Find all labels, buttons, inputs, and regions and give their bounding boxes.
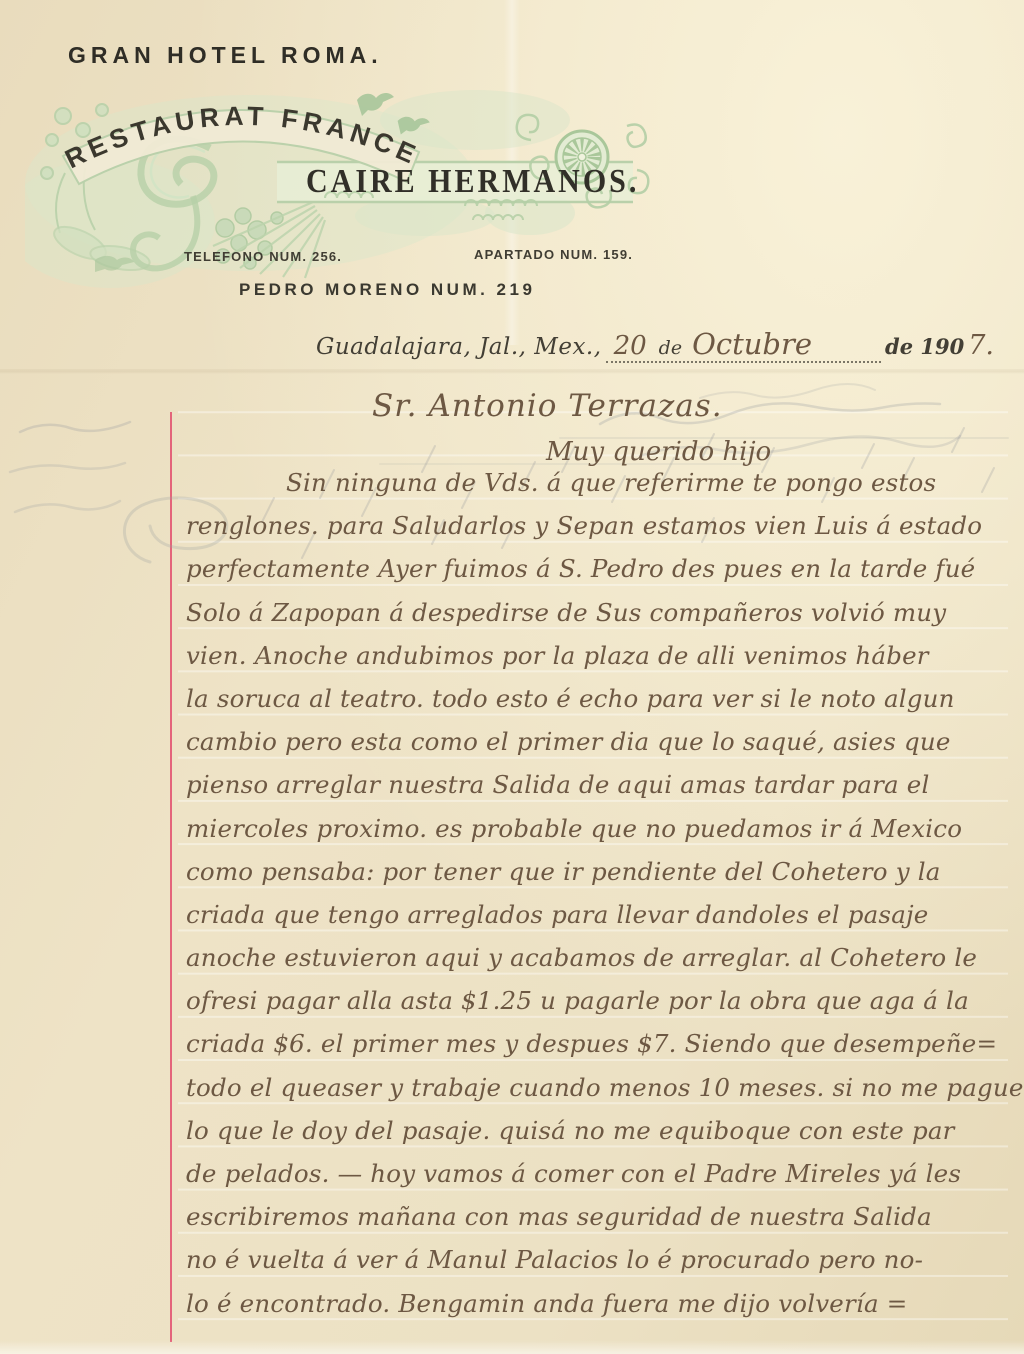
letter-body-line: de pelados. — hoy vamos á comer con el P… <box>186 1159 1008 1202</box>
letter-body-line: la soruca al teatro. todo esto é echo pa… <box>186 684 1008 727</box>
apartado-line: APARTADO NUM. 159. <box>474 247 633 262</box>
letter-body-line: cambio pero esta como el primer dia que … <box>186 727 1008 770</box>
printed-year-prefix: de 190 <box>885 334 964 359</box>
hotel-name: GRAN HOTEL ROMA. <box>68 42 383 69</box>
handwritten-year-digit: 7. <box>968 330 994 361</box>
letter-body-line: anoche estuvieron aqui y acabamos de arr… <box>186 943 1008 986</box>
letter-body-line: escribiremos mañana con mas seguridad de… <box>186 1202 1008 1245</box>
letter-body-line: miercoles proximo. es probable que no pu… <box>186 814 1008 857</box>
dateline-fill-line: 20 de Octubre <box>606 327 881 363</box>
street-address: PEDRO MORENO NUM. 219 <box>239 280 535 300</box>
letter-body-line: Sin ninguna de Vds. á que referirme te p… <box>186 468 1008 511</box>
letter-body-line: como pensaba: por tener que ir pendiente… <box>186 857 1008 900</box>
salutation: Sr. Antonio Terrazas. <box>372 388 723 424</box>
letter-page: RESTAURAT FRANCES <box>0 0 1024 1354</box>
letter-body-line: Solo á Zapopan á despedirse de Sus compa… <box>186 598 1008 641</box>
letter-body-line: no é vuelta á ver á Manul Palacios lo é … <box>186 1245 1008 1288</box>
letter-body: Sin ninguna de Vds. á que referirme te p… <box>186 468 1008 1332</box>
handwritten-day: 20 <box>614 331 647 361</box>
telefono-line: TELEFONO NUM. 256. <box>184 249 342 264</box>
letter-body-line: vien. Anoche andubimos por la plaza de a… <box>186 641 1008 684</box>
company-name: CAIRE HERMANOS. <box>306 163 639 201</box>
letter-body-line: todo el queaser y trabaje cuando menos 1… <box>186 1073 1008 1116</box>
dateline: Guadalajara, Jal., Mex., 20 de Octubre d… <box>316 327 994 363</box>
printed-de: de <box>659 337 682 359</box>
letter-body-line: renglones. para Saludarlos y Sepan estam… <box>186 511 1008 554</box>
greeting: Muy querido hijo <box>546 437 771 467</box>
printed-place: Guadalajara, Jal., Mex., <box>316 334 602 360</box>
paper-bottom-edge <box>0 1340 1024 1354</box>
letter-body-line: lo que le doy del pasaje. quisá no me eq… <box>186 1116 1008 1159</box>
red-margin-line <box>170 412 172 1342</box>
letter-body-line: perfectamente Ayer fuimos á S. Pedro des… <box>186 554 1008 597</box>
letter-body-line: pienso arreglar nuestra Salida de aqui a… <box>186 770 1008 813</box>
letter-body-line: lo é encontrado. Bengamin anda fuera me … <box>186 1289 1008 1332</box>
handwritten-month: Octubre <box>692 327 812 361</box>
letter-body-line: criada que tengo arreglados para llevar … <box>186 900 1008 943</box>
letter-body-line: ofresi pagar alla asta $1.25 u pagarle p… <box>186 986 1008 1029</box>
letter-body-line: criada $6. el primer mes y despues $7. S… <box>186 1029 1008 1072</box>
